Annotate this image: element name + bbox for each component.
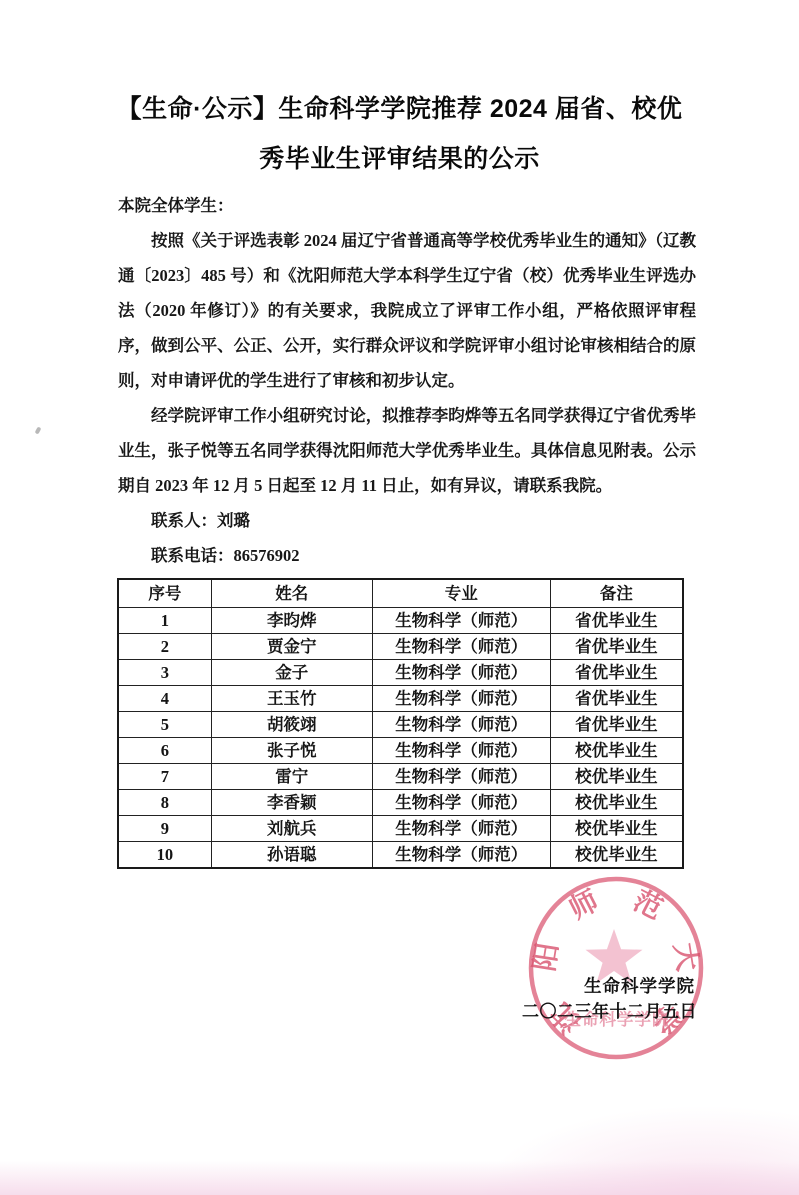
table-cell: 5	[118, 712, 211, 738]
table-row: 8 李香颖 生物科学（师范） 校优毕业生	[118, 790, 683, 816]
table-cell: 生物科学（师范）	[372, 660, 550, 686]
table-row: 1 李昀烨 生物科学（师范） 省优毕业生	[118, 608, 683, 634]
table-cell: 生物科学（师范）	[372, 764, 550, 790]
table-cell: 李香颖	[211, 790, 372, 816]
contact-phone-label: 联系电话：	[151, 546, 234, 565]
seal-ring-char: 阳	[528, 941, 563, 974]
table-row: 6 张子悦 生物科学（师范） 校优毕业生	[118, 738, 683, 764]
table-cell: 4	[118, 686, 211, 712]
table-cell: 省优毕业生	[550, 608, 683, 634]
contact-phone-value: 86576902	[234, 546, 300, 565]
table-row: 9 刘航兵 生物科学（师范） 校优毕业生	[118, 816, 683, 842]
signature-organization: 生命科学学院	[584, 973, 695, 998]
table-cell: 生物科学（师范）	[372, 686, 550, 712]
table-row: 2 贾金宁 生物科学（师范） 省优毕业生	[118, 634, 683, 660]
table-cell: 孙语聪	[211, 842, 372, 869]
table-cell: 2	[118, 634, 211, 660]
scanned-document-page: 【生命·公示】生命科学学院推荐 2024 届省、校优 秀毕业生评审结果的公示 本…	[0, 0, 799, 1195]
salutation: 本院全体学生：	[118, 188, 696, 223]
table-cell: 省优毕业生	[550, 634, 683, 660]
table-cell: 生物科学（师范）	[372, 842, 550, 869]
table-cell: 省优毕业生	[550, 712, 683, 738]
table-row: 3 金子 生物科学（师范） 省优毕业生	[118, 660, 683, 686]
paragraph-2: 经学院评审工作小组研究讨论，拟推荐李昀烨等五名同学获得辽宁省优秀毕业生，张子悦等…	[118, 398, 696, 503]
document-title-line-2: 秀毕业生评审结果的公示	[60, 134, 739, 184]
results-table-container: 序号 姓名 专业 备注 1 李昀烨 生物科学（师范） 省优毕业生 2 贾金宁 生…	[117, 578, 684, 869]
table-row: 5 胡筱翊 生物科学（师范） 省优毕业生	[118, 712, 683, 738]
table-cell: 生物科学（师范）	[372, 608, 550, 634]
paragraph-1: 按照《关于评选表彰 2024 届辽宁省普通高等学校优秀毕业生的通知》（辽教通〔2…	[118, 223, 696, 398]
table-cell: 省优毕业生	[550, 660, 683, 686]
table-cell: 校优毕业生	[550, 816, 683, 842]
table-cell: 1	[118, 608, 211, 634]
table-header-row: 序号 姓名 专业 备注	[118, 579, 683, 608]
table-row: 10 孙语聪 生物科学（师范） 校优毕业生	[118, 842, 683, 869]
table-header-major: 专业	[372, 579, 550, 608]
table-cell: 7	[118, 764, 211, 790]
contact-person-value: 刘璐	[217, 511, 250, 530]
table-cell: 王玉竹	[211, 686, 372, 712]
table-cell: 张子悦	[211, 738, 372, 764]
table-cell: 校优毕业生	[550, 790, 683, 816]
table-cell: 生物科学（师范）	[372, 712, 550, 738]
table-row: 7 雷宁 生物科学（师范） 校优毕业生	[118, 764, 683, 790]
table-cell: 生物科学（师范）	[372, 634, 550, 660]
table-cell: 贾金宁	[211, 634, 372, 660]
document-body: 本院全体学生： 按照《关于评选表彰 2024 届辽宁省普通高等学校优秀毕业生的通…	[118, 188, 696, 573]
table-cell: 校优毕业生	[550, 764, 683, 790]
contact-person-label: 联系人：	[151, 511, 217, 530]
document-title-line-1: 【生命·公示】生命科学学院推荐 2024 届省、校优	[60, 84, 739, 134]
table-cell: 雷宁	[211, 764, 372, 790]
table-header-note: 备注	[550, 579, 683, 608]
seal-ring-char: 大	[669, 941, 704, 974]
table-header-name: 姓名	[211, 579, 372, 608]
table-cell: 李昀烨	[211, 608, 372, 634]
table-cell: 省优毕业生	[550, 686, 683, 712]
table-cell: 3	[118, 660, 211, 686]
contact-phone-line: 联系电话：86576902	[118, 538, 696, 573]
contact-person-line: 联系人：刘璐	[118, 503, 696, 538]
table-cell: 生物科学（师范）	[372, 790, 550, 816]
table-cell: 生物科学（师范）	[372, 816, 550, 842]
table-cell: 10	[118, 842, 211, 869]
table-cell: 校优毕业生	[550, 842, 683, 869]
table-cell: 刘航兵	[211, 816, 372, 842]
table-cell: 金子	[211, 660, 372, 686]
table-cell: 胡筱翊	[211, 712, 372, 738]
document-title: 【生命·公示】生命科学学院推荐 2024 届省、校优 秀毕业生评审结果的公示	[60, 84, 739, 184]
scan-artifact-speck	[35, 426, 42, 434]
table-cell: 8	[118, 790, 211, 816]
table-header-no: 序号	[118, 579, 211, 608]
results-table: 序号 姓名 专业 备注 1 李昀烨 生物科学（师范） 省优毕业生 2 贾金宁 生…	[117, 578, 684, 869]
table-row: 4 王玉竹 生物科学（师范） 省优毕业生	[118, 686, 683, 712]
table-cell: 校优毕业生	[550, 738, 683, 764]
table-cell: 6	[118, 738, 211, 764]
table-cell: 生物科学（师范）	[372, 738, 550, 764]
signature-date: 二〇二三年十二月五日	[522, 997, 697, 1022]
table-cell: 9	[118, 816, 211, 842]
scan-artifact-pink-wash	[479, 1105, 799, 1195]
scan-artifact-bottom-wash	[0, 1161, 799, 1195]
official-seal: 沈 阳 师 范 大 学 生命科学学院	[524, 873, 710, 1065]
